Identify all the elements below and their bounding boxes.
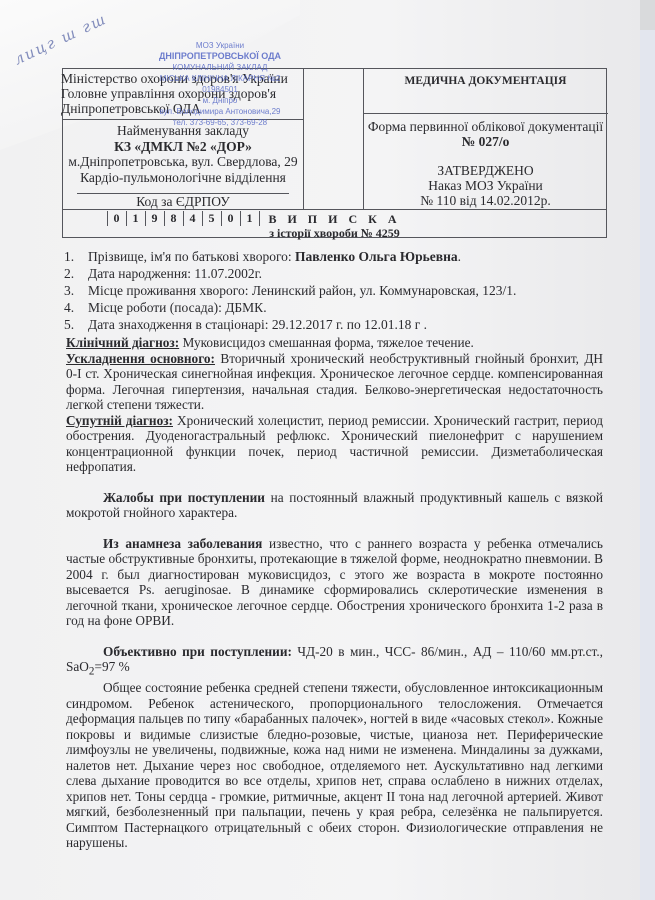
patient-field-name: 1.Прізвище, ім'я по батькові хворого: Па… — [64, 248, 516, 265]
stamp-line: КОМУНАЛЬНИЙ ЗАКЛАД — [150, 62, 290, 73]
subtitle: з історії хвороби № 4259 — [63, 226, 606, 240]
stamp-line: ДНІПРОПЕТРОВСЬКОЇ ОДА — [150, 51, 290, 62]
institution-address: м.Дніпропетровська, вул. Свердлова, 29 — [63, 154, 303, 170]
concomitant-diagnosis: Супутній діагноз: Хронический холецистит… — [66, 413, 603, 475]
document-title: В И П И С К А з історії хвороби № 4259 — [63, 212, 606, 240]
clinical-diagnosis: Клінічний діагноз: Муковисцидоз смешанна… — [66, 335, 603, 351]
approved-label: ЗАТВЕРДЖЕНО — [363, 163, 608, 178]
stamp-line: тел. 373-69-65, 373-69-28 — [150, 117, 290, 128]
patient-field-stay-dates: 5.Дата знаходження в стаціонарі: 29.12.2… — [64, 316, 516, 333]
discharge-summary-page: лицг ш гш Міністерство охорони здоров'я … — [0, 0, 640, 900]
patient-field-residence: 3.Місце проживання хворого: Ленинский ра… — [64, 282, 516, 299]
order-label: Наказ МОЗ України — [363, 178, 608, 193]
stamp-line: 01984501 — [150, 84, 290, 95]
medical-documentation-label: МЕДИЧНА ДОКУМЕНТАЦІЯ — [363, 75, 608, 87]
form-header: Міністерство охорони здоров'я України Го… — [62, 68, 607, 238]
form-info: Форма первинної облікової документації №… — [363, 119, 608, 208]
complaints: Жалобы при поступлении на постоянный вла… — [66, 490, 603, 521]
institution-name: КЗ «ДМКЛ №2 «ДОР» — [63, 139, 303, 155]
document-body: Клінічний діагноз: Муковисцидоз смешанна… — [66, 335, 603, 851]
form-label: Форма первинної облікової документації — [363, 119, 608, 134]
institution-stamp: МОЗ України ДНІПРОПЕТРОВСЬКОЇ ОДА КОМУНА… — [150, 40, 290, 128]
stamp-line: МІСЬКА КЛІНІЧНА ЛІКАРНЯ №2 — [150, 73, 290, 84]
patient-field-workplace: 4.Місце роботи (посада): ДБМК. — [64, 299, 516, 316]
stamp-line: вул. Володимира Антоновича,29 — [150, 106, 290, 117]
title: В И П И С К А — [63, 212, 606, 226]
form-number: № 027/о — [363, 134, 608, 149]
anamnesis: Из анамнеза заболевания известно, что с … — [66, 536, 603, 629]
complications: Ускладнення основного: Вторичный хрониче… — [66, 351, 603, 413]
stamp-line: МОЗ України — [150, 40, 290, 51]
code-label: Код за ЄДРПОУ — [63, 194, 303, 210]
objective-status: Общее состояние ребенка средней степени … — [66, 680, 603, 851]
patient-info-list: 1.Прізвище, ім'я по батькові хворого: Па… — [64, 248, 516, 333]
patient-field-birthdate: 2.Дата народження: 11.07.2002г. — [64, 265, 516, 282]
stamp-line: м. Дніпро — [150, 95, 290, 106]
order-number: № 110 від 14.02.2012р. — [363, 193, 608, 208]
institution-block: Найменування закладу КЗ «ДМКЛ №2 «ДОР» м… — [63, 123, 303, 226]
objective-vitals: Объективно при поступлении: ЧД-20 в мин.… — [66, 644, 603, 681]
department: Кардіо-пульмонологічне відділення — [63, 170, 303, 186]
